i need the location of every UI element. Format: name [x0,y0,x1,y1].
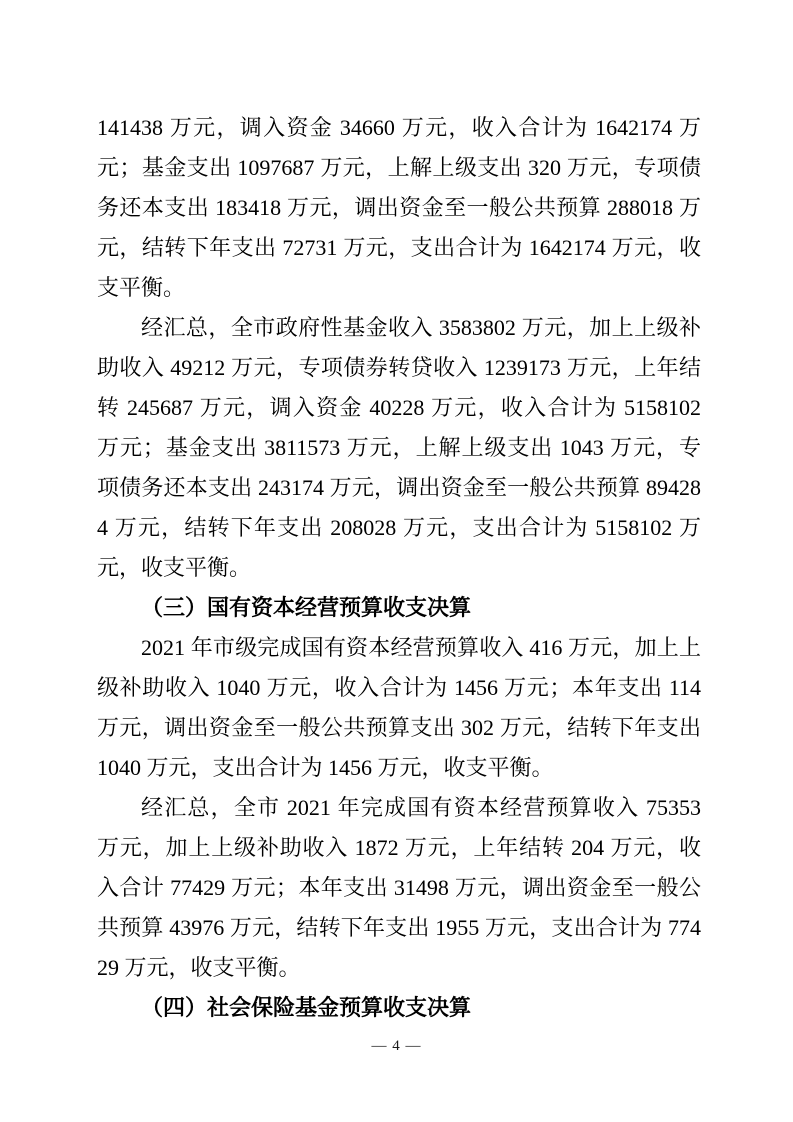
paragraph-govfund-citywide-summary: 经汇总，全市政府性基金收入 3583802 万元，加上上级补助收入 49212 … [97,308,701,588]
page-footer: — 4 — [0,1035,793,1057]
document-page: 141438 万元，调入资金 34660 万元，收入合计为 1642174 万元… [0,0,793,1122]
heading-section-3-state-capital-budget: （三）国有资本经营预算收支决算 [97,588,701,628]
heading-section-4-social-insurance-budget: （四）社会保险基金预算收支决算 [97,988,701,1028]
document-body: 141438 万元，调入资金 34660 万元，收入合计为 1642174 万元… [97,108,701,1028]
paragraph-state-capital-city-level: 2021 年市级完成国有资本经营预算收入 416 万元，加上上级补助收入 104… [97,628,701,788]
paragraph-govfund-city-level-continuation: 141438 万元，调入资金 34660 万元，收入合计为 1642174 万元… [97,108,701,308]
paragraph-state-capital-citywide-summary: 经汇总，全市 2021 年完成国有资本经营预算收入 75353 万元，加上上级补… [97,788,701,988]
page-number: — 4 — [372,1038,422,1054]
